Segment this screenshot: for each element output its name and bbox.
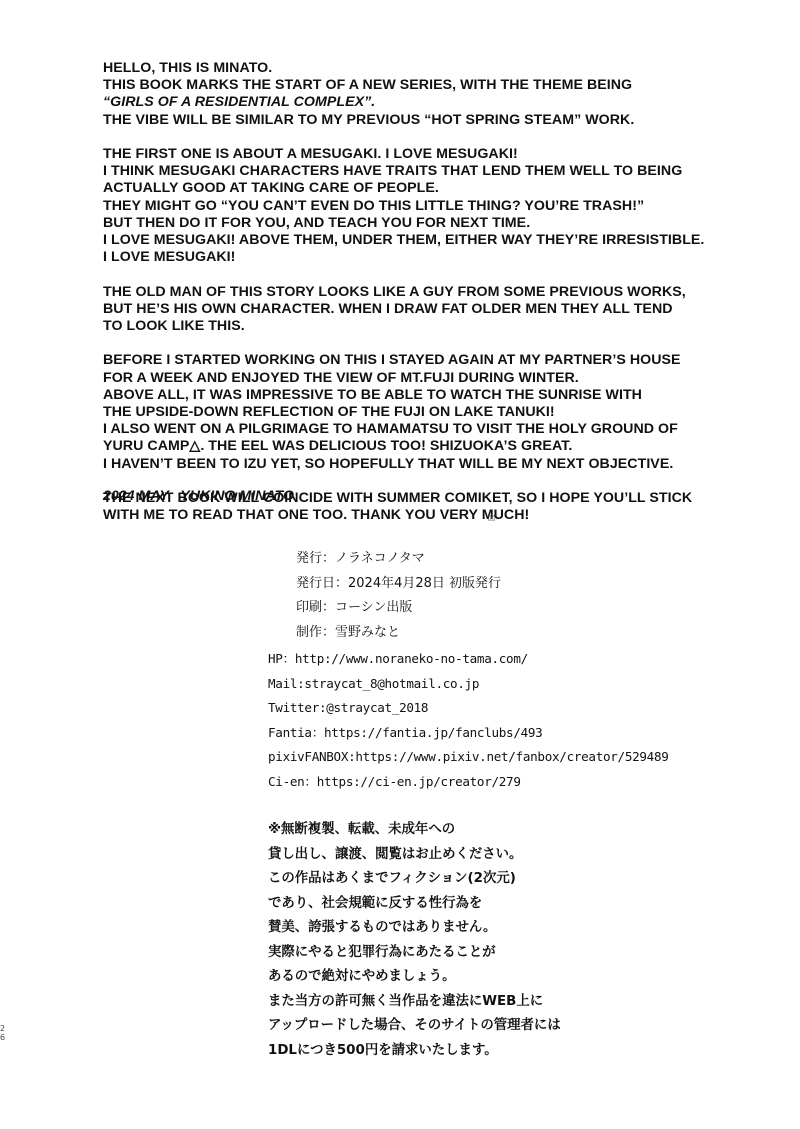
afterword-line: YURU CAMP△. THE EEL WAS DELICIOUS TOO! S…: [103, 438, 723, 455]
afterword-line: FOR A WEEK AND ENJOYED THE VIEW OF MT.FU…: [103, 370, 723, 387]
afterword-text: HELLO, THIS IS MINATO. THIS BOOK MARKS T…: [103, 60, 723, 542]
publish-date: 発行日：2024年4月28日 初版発行: [296, 572, 501, 597]
afterword-line: I HAVEN’T BEEN TO IZU YET, SO HOPEFULLY …: [103, 456, 723, 473]
afterword-line: THE OLD MAN OF THIS STORY LOOKS LIKE A G…: [103, 284, 723, 301]
page-number-digit: 6: [0, 1033, 5, 1042]
fantia-link: Fantia：https://fantia.jp/fanclubs/493: [268, 721, 669, 746]
afterword-line: BEFORE I STARTED WORKING ON THIS I STAYE…: [103, 352, 723, 369]
small-mark-icon: ☒: [488, 514, 495, 523]
publisher: 発行：ノラネコノタマ: [296, 547, 501, 572]
afterword-line: THE VIBE WILL BE SIMILAR TO MY PREVIOUS …: [103, 112, 723, 129]
page-number: 2 6: [0, 1024, 6, 1042]
afterword-line: WITH ME TO READ THAT ONE TOO. THANK YOU …: [103, 507, 723, 524]
mail-address: Mail:straycat_8@hotmail.co.jp: [268, 672, 669, 697]
afterword-paragraph-1: HELLO, THIS IS MINATO. THIS BOOK MARKS T…: [103, 60, 723, 129]
colophon: 発行：ノラネコノタマ 発行日：2024年4月28日 初版発行 印刷：コーシン出版…: [296, 547, 501, 645]
notice-line: あるので絶対にやめましょう。: [268, 965, 561, 990]
afterword-paragraph-4: BEFORE I STARTED WORKING ON THIS I STAYE…: [103, 352, 723, 472]
afterword-line: ABOVE ALL, IT WAS IMPRESSIVE TO BE ABLE …: [103, 387, 723, 404]
notice-line: 賛美、誇張するものではありません。: [268, 916, 561, 941]
ci-en-link: Ci-en：https://ci-en.jp/creator/279: [268, 770, 669, 795]
notice-line: であり、社会規範に反する性行為を: [268, 892, 561, 917]
afterword-line: TO LOOK LIKE THIS.: [103, 318, 723, 335]
afterword-line: THEY MIGHT GO “YOU CAN’T EVEN DO THIS LI…: [103, 198, 723, 215]
copyright-notice: ※無断複製、転載、未成年への 貸し出し、譲渡、閲覧はお止めください。 この作品は…: [268, 818, 561, 1063]
book-page: HELLO, THIS IS MINATO. THIS BOOK MARKS T…: [0, 0, 800, 1129]
notice-line: ※無断複製、転載、未成年への: [268, 818, 561, 843]
notice-line: アップロードした場合、そのサイトの管理者には: [268, 1014, 561, 1039]
notice-line: 1DLにつき500円を請求いたします。: [268, 1039, 561, 1064]
printer: 印刷：コーシン出版: [296, 596, 501, 621]
page-number-digit: 2: [0, 1024, 5, 1033]
signature: 2024 MAY YUKINO MINATO: [103, 488, 294, 504]
notice-line: この作品はあくまでフィクション(2次元): [268, 867, 561, 892]
contact-links: HP：http://www.noraneko-no-tama.com/ Mail…: [268, 647, 669, 794]
afterword-line: THE UPSIDE-DOWN REFLECTION OF THE FUJI O…: [103, 404, 723, 421]
afterword-line: ACTUALLY GOOD AT TAKING CARE OF PEOPLE.: [103, 180, 723, 197]
author: 制作：雪野みなと: [296, 621, 501, 646]
afterword-paragraph-2: THE FIRST ONE IS ABOUT A MESUGAKI. I LOV…: [103, 146, 723, 266]
afterword-line: I LOVE MESUGAKI! ABOVE THEM, UNDER THEM,…: [103, 232, 723, 249]
afterword-line: HELLO, THIS IS MINATO.: [103, 60, 723, 77]
notice-line: また当方の許可無く当作品を違法にWEB上に: [268, 990, 561, 1015]
afterword-line: I THINK MESUGAKI CHARACTERS HAVE TRAITS …: [103, 163, 723, 180]
afterword-line: THE FIRST ONE IS ABOUT A MESUGAKI. I LOV…: [103, 146, 723, 163]
afterword-line: BUT HE’S HIS OWN CHARACTER. WHEN I DRAW …: [103, 301, 723, 318]
afterword-paragraph-3: THE OLD MAN OF THIS STORY LOOKS LIKE A G…: [103, 284, 723, 336]
fanbox-link: pixivFANBOX:https://www.pixiv.net/fanbox…: [268, 745, 669, 770]
afterword-line: BUT THEN DO IT FOR YOU, AND TEACH YOU FO…: [103, 215, 723, 232]
notice-line: 貸し出し、譲渡、閲覧はお止めください。: [268, 843, 561, 868]
notice-line: 実際にやると犯罪行為にあたることが: [268, 941, 561, 966]
afterword-line: “GIRLS OF A RESIDENTIAL COMPLEX”.: [103, 94, 723, 111]
afterword-line: THIS BOOK MARKS THE START OF A NEW SERIE…: [103, 77, 723, 94]
twitter-handle: Twitter:@straycat_2018: [268, 696, 669, 721]
homepage-link: HP：http://www.noraneko-no-tama.com/: [268, 647, 669, 672]
afterword-line: I ALSO WENT ON A PILGRIMAGE TO HAMAMATSU…: [103, 421, 723, 438]
afterword-line: I LOVE MESUGAKI!: [103, 249, 723, 266]
